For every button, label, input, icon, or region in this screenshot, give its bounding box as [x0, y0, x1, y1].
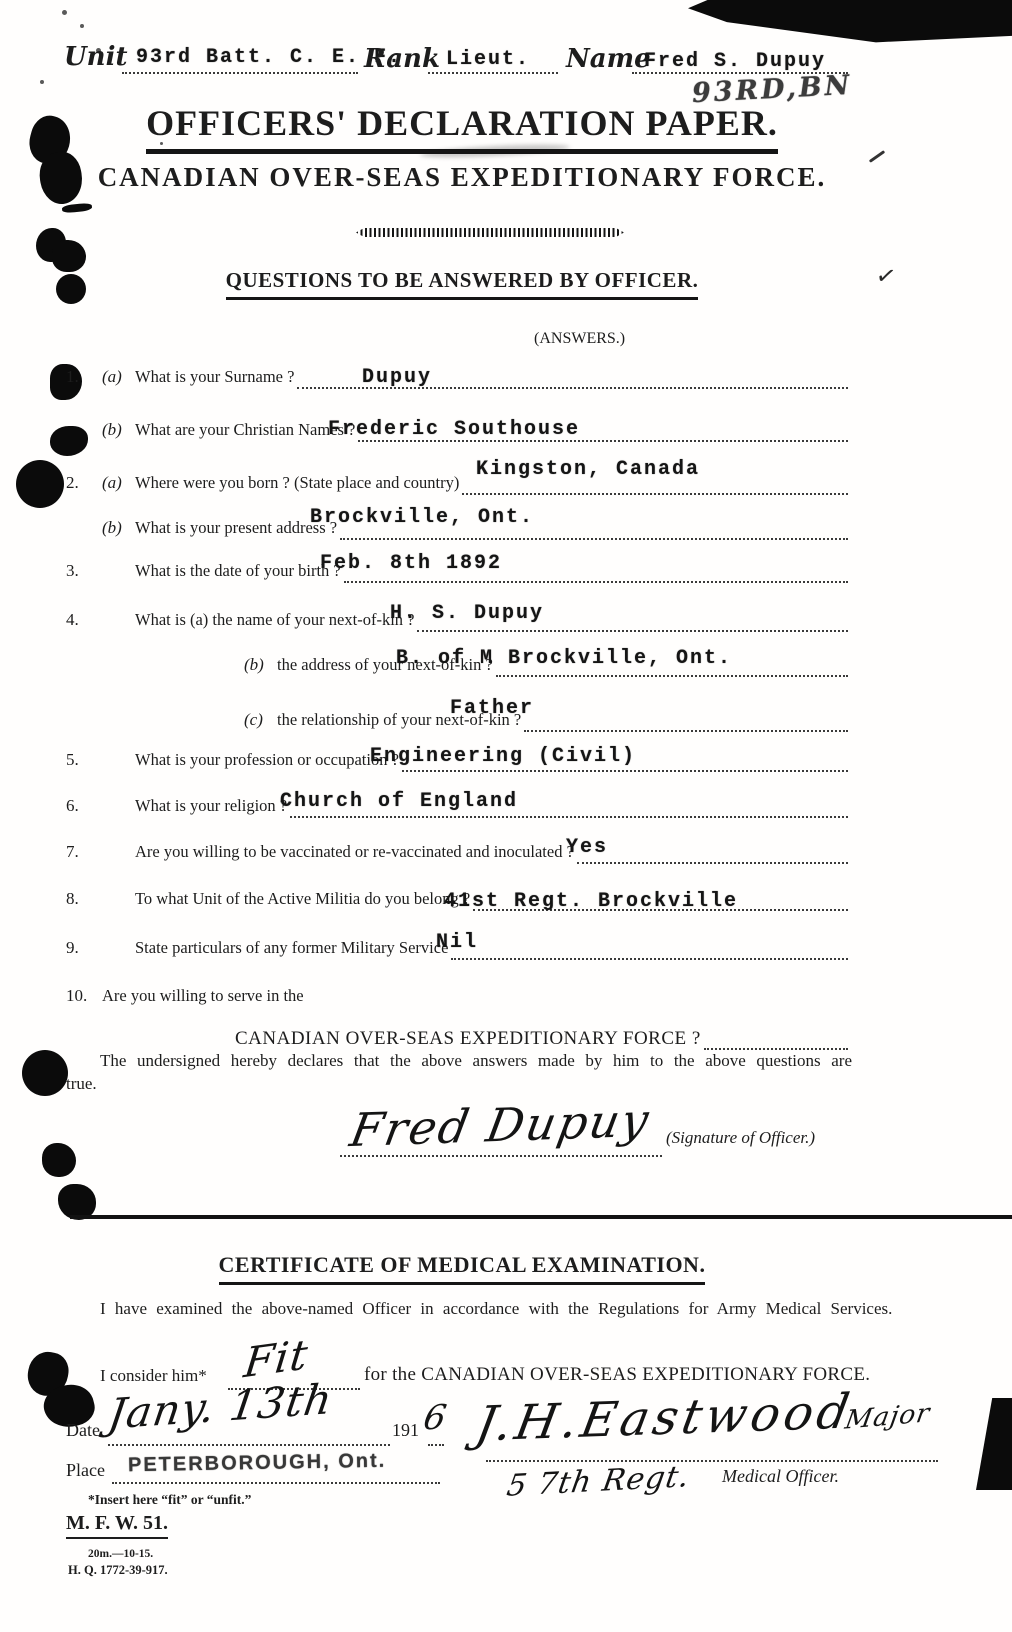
force-question-text: CANADIAN OVER-SEAS EXPEDITIONARY FORCE ? [235, 1028, 704, 1050]
question-text: Are you willing to be vaccinated or re-v… [135, 842, 577, 862]
consider-prefix: I consider him* [100, 1366, 207, 1386]
hq-code: H. Q. 1772-39-917. [68, 1563, 168, 1578]
medical-officer-signature: J.H.Eastwood [472, 1384, 858, 1453]
question-text: What is the date of your birth ? [135, 561, 344, 581]
answers-label: (ANSWERS.) [534, 330, 625, 348]
question-text: To what Unit of the Active Militia do yo… [135, 889, 473, 909]
rank-value: Lieut. [446, 48, 530, 71]
dotted-leader [577, 862, 848, 864]
medical-officer-label: Medical Officer. [722, 1466, 839, 1487]
date-line [108, 1444, 390, 1446]
medical-examined-text: I have examined the above-named Officer … [66, 1298, 914, 1321]
answer-nok-relationship: Father [450, 697, 534, 720]
answer-nok-name: H. S. Dupuy [390, 602, 544, 625]
date-line-end [428, 1444, 444, 1446]
dotted-leader [462, 493, 848, 495]
question-subletter: (b) [244, 655, 277, 675]
dotted-leader [524, 730, 848, 732]
question-subletter: (b) [102, 518, 135, 538]
consider-suffix: for the CANADIAN OVER-SEAS EXPEDITIONARY… [364, 1364, 870, 1386]
form-number: M. F. W. 51. [66, 1512, 168, 1539]
answer-militia-unit: 41st Regt. Brockville [444, 890, 738, 913]
year-printed: 191 [392, 1420, 419, 1441]
rank-label: Rank [364, 44, 440, 74]
question-number: 7. [66, 842, 102, 862]
question-number: 2. [66, 473, 102, 493]
medical-heading: CERTIFICATE OF MEDICAL EXAMINATION. [219, 1252, 706, 1285]
answer-nok-address: B. of M Brockville, Ont. [396, 647, 732, 670]
medical-heading-wrap: CERTIFICATE OF MEDICAL EXAMINATION. [0, 1252, 924, 1285]
unit-label: Unit [64, 42, 127, 72]
medical-officer-rank: Major [843, 1398, 933, 1435]
question-number: 5. [66, 750, 102, 770]
dotted-leader [496, 675, 848, 677]
answer-former-service: Nil [436, 931, 478, 954]
declaration-text: The undersigned hereby declares that the… [66, 1050, 852, 1096]
question-subletter: (c) [244, 710, 277, 730]
year-handwritten: 6 [420, 1398, 450, 1439]
question-text: Are you willing to serve in the [102, 986, 307, 1006]
question-number: 1. [66, 367, 102, 387]
scan-artifact-top-bar [688, 0, 1012, 46]
page-subtitle: CANADIAN OVER-SEAS EXPEDITIONARY FORCE. [98, 162, 827, 193]
question-subletter: (a) [102, 473, 135, 493]
answer-christian-names: Frederic Southouse [328, 418, 580, 441]
dotted-leader [290, 816, 848, 818]
date-label: Date [66, 1420, 100, 1441]
officer-signature: Fred Dupuy [346, 1093, 654, 1157]
ink-blot [42, 1143, 76, 1177]
unit-value: 93rd Batt. C. E. F. [136, 46, 402, 69]
unit-line [122, 72, 358, 74]
scan-artifact-corner-wedge [976, 1398, 1012, 1490]
dotted-leader [340, 538, 848, 540]
place-stamp: PETERBOROUGH, Ont. [128, 1450, 387, 1478]
answer-vaccination: Yes [566, 836, 608, 859]
question-text: What is your religion ? [135, 796, 290, 816]
place-label: Place [66, 1460, 105, 1481]
name-label: Name [566, 44, 651, 74]
signature-label: (Signature of Officer.) [666, 1128, 815, 1148]
fit-footnote: *Insert here “fit” or “unfit.” [88, 1492, 251, 1508]
question-subletter: (a) [102, 367, 135, 387]
question-text: What is your profession or occupation ? [135, 750, 402, 770]
question-2a-row: 2. (a) Where were you born ? (State plac… [66, 473, 848, 499]
answer-religion: Church of England [280, 790, 518, 813]
dotted-leader [402, 770, 848, 772]
scanned-declaration-paper: ✓ Unit 93rd Batt. C. E. F. Rank Lieut. N… [0, 0, 1012, 1632]
rank-line [428, 72, 558, 74]
place-line [112, 1482, 440, 1484]
signature-line [340, 1155, 662, 1157]
question-text: State particulars of any former Military… [135, 938, 451, 958]
name-value: Fred S. Dupuy [644, 50, 826, 73]
question-number: 6. [66, 796, 102, 816]
answer-birthplace: Kingston, Canada [476, 458, 700, 481]
title-wrap: OFFICERS' DECLARATION PAPER. [0, 102, 924, 154]
question-number: 4. [66, 610, 102, 630]
questions-heading: QUESTIONS TO BE ANSWERED BY OFFICER. [226, 268, 699, 300]
ink-blot [62, 202, 93, 213]
page-title: OFFICERS' DECLARATION PAPER. [146, 102, 778, 154]
scan-speck [40, 80, 44, 84]
section-divider-rule [70, 1215, 1012, 1219]
ink-blot [16, 460, 64, 508]
question-text: What is your Surname ? [135, 367, 297, 387]
answer-address: Brockville, Ont. [310, 506, 534, 529]
answer-profession: Engineering (Civil) [370, 745, 636, 768]
answer-birthdate: Feb. 8th 1892 [320, 552, 502, 575]
decorative-divider [356, 228, 624, 237]
print-code: 20m.—10-15. [88, 1548, 153, 1560]
question-10-row: 10. Are you willing to serve in the [66, 986, 848, 1012]
question-text: What are your Christian Names ? [135, 420, 358, 440]
question-text: Where were you born ? (State place and c… [135, 473, 462, 493]
question-number: 3. [66, 561, 102, 581]
scan-speck [62, 10, 67, 15]
answer-surname: Dupuy [362, 366, 432, 389]
question-7-row: 7. Are you willing to be vaccinated or r… [66, 842, 848, 868]
question-number: 8. [66, 889, 102, 909]
dotted-leader [451, 958, 848, 960]
ink-blot [22, 1050, 68, 1096]
dotted-leader [417, 630, 848, 632]
subtitle-wrap: CANADIAN OVER-SEAS EXPEDITIONARY FORCE. [0, 162, 924, 193]
question-1a-row: 1. (a) What is your Surname ? [66, 367, 848, 393]
dotted-leader [344, 581, 848, 583]
question-number: 9. [66, 938, 102, 958]
medical-officer-regiment: 5 7th Regt. [504, 1459, 692, 1503]
question-text: What is (a) the name of your next-of-kin… [135, 610, 417, 630]
question-subletter: (b) [102, 420, 135, 440]
questions-heading-wrap: QUESTIONS TO BE ANSWERED BY OFFICER. [0, 268, 924, 300]
question-number: 10. [66, 986, 102, 1006]
medical-officer-line [486, 1460, 938, 1462]
scan-speck [80, 24, 84, 28]
